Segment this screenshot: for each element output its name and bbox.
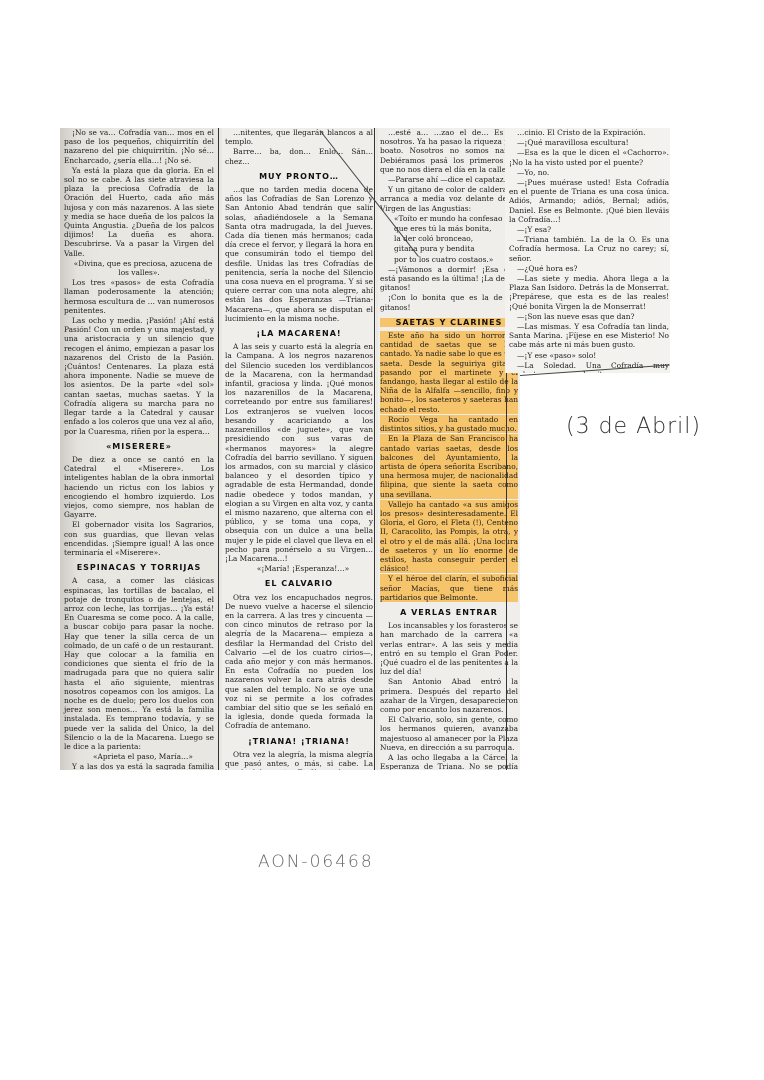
paragraph: …esté a… …zao el de… Es pa nosotros. Ya … — [380, 128, 518, 174]
paragraph: Vallejo ha cantado «a sus amigos los pre… — [380, 500, 518, 574]
handwritten-reference-code: AON-06468 — [258, 852, 374, 872]
paragraph: Otra vez la alegría, la misma alegría qu… — [225, 750, 373, 770]
paragraph: Ya está la plaza que da gloria. En el so… — [64, 166, 214, 258]
newspaper-clipping-continuation: …cinio. El Cristo de la Expiración.—¡Qué… — [505, 128, 670, 373]
paragraph: —¡Son las nueve esas que dan? — [509, 312, 669, 321]
paragraph: El Calvario, solo, sin gente, como los h… — [380, 715, 518, 752]
section-heading: SAETAS Y CLARINES — [380, 318, 518, 327]
paragraph: Y un gitano de color de caldera se arran… — [380, 185, 518, 213]
handwritten-date-note: (3 de Abril) — [566, 414, 701, 439]
paragraph: Y el héroe del clarín, el suboficial señ… — [380, 574, 518, 602]
paragraph: —¡Pues muérase usted! Esta Cofradía en e… — [509, 178, 669, 224]
paragraph: A las seis y cuarto está la alegría en l… — [225, 342, 373, 563]
paragraph: —¿Qué hora es? — [509, 264, 669, 273]
margin-fragment: Barre… ba, don… Enlo… Sán… chez… — [225, 147, 373, 165]
column-4: …cinio. El Cristo de la Expiración.—¡Qué… — [507, 128, 671, 373]
paragraph: —Triana también. La de la O. Es una Cofr… — [509, 235, 669, 263]
section-heading: «MISERERE» — [64, 442, 214, 451]
column-rule — [374, 128, 375, 770]
paragraph: Las ocho y media. ¡Pasión! ¡Ahí está Pas… — [64, 316, 214, 436]
column-2: …nitentes, que llegarán blancos a al tem… — [222, 128, 376, 770]
quote-line: «Divina, que es preciosa, azucena de los… — [64, 259, 214, 277]
column-3: …esté a… …zao el de… Es pa nosotros. Ya … — [378, 128, 520, 770]
column-1: ¡No se va… Cofradía van… mos en el paso … — [60, 128, 214, 770]
verse-line: por to los cuatro costaos.» — [380, 255, 518, 264]
paragraph: En la Plaza de San Francisco ha cantado … — [380, 434, 518, 498]
paragraph: —Pararse ahí —dice el capataz. — [380, 175, 518, 184]
paragraph: —Las siete y media. Ahora llega a la Pla… — [509, 274, 669, 311]
column-rule — [218, 128, 219, 770]
paragraph: —¡Vámonos a dormir! ¡Esa que está pasand… — [380, 265, 518, 293]
section-heading: ¡TRIANA! ¡TRIANA! — [225, 737, 373, 746]
paragraph: —Esa es la que le dicen el «Cachorro». ¡… — [509, 148, 669, 166]
paragraph: —¡Y ese «paso» solo! — [509, 351, 669, 360]
newspaper-clipping: ¡No se va… Cofradía van… mos en el paso … — [60, 128, 518, 770]
paragraph: De diez a once se cantó en la Catedral e… — [64, 455, 214, 519]
paragraph: …cinio. El Cristo de la Expiración. — [509, 128, 669, 137]
section-heading: A VERLAS ENTRAR — [380, 608, 518, 617]
quote-line: «Aprieta el paso, María…» — [64, 752, 214, 761]
paragraph: —Yo, no. — [509, 168, 669, 177]
paragraph: El gobernador visita los Sagrarios, con … — [64, 520, 214, 557]
section-heading: MUY PRONTO… — [225, 172, 373, 181]
quote-line: «¡María! ¡Esperanza!…» — [225, 564, 373, 573]
paragraph: ¡No se va… Cofradía van… mos en el paso … — [64, 128, 214, 165]
paragraph: A las ocho llegaba a la Cárcel la Espera… — [380, 753, 518, 770]
paragraph: San Antonio Abad entró la primera. Despu… — [380, 677, 518, 714]
section-heading: ¡LA MACARENA! — [225, 329, 373, 338]
paragraph: Los incansables y los forasteros se han … — [380, 621, 518, 676]
paragraph: Rocío Vega ha cantado en distintos sitio… — [380, 415, 518, 433]
paragraph: —Las mismas. Y esa Cofradía tan linda, S… — [509, 322, 669, 350]
verse-line: gitana pura y bendita — [380, 244, 518, 253]
paragraph: …que no tarden media docena de años las … — [225, 185, 373, 323]
verse-line: «Toíto er mundo ha confesao — [380, 214, 518, 223]
verse-block: «Toíto er mundo ha confesaoque eres tú l… — [380, 214, 518, 264]
paragraph: Y a las dos ya está la sagrada familia e… — [64, 762, 214, 770]
paragraph: Este año ha sido un horror la cantidad d… — [380, 331, 518, 414]
paragraph: …nitentes, que llegarán blancos a al tem… — [225, 128, 373, 146]
paragraph: Los tres «pasos» de esta Cofradía llaman… — [64, 278, 214, 315]
paragraph: Otra vez los encapuchados negros. De nue… — [225, 593, 373, 731]
paragraph: —¡Y esa? — [509, 225, 669, 234]
verse-line: que eres tú la más bonita, — [380, 224, 518, 233]
paragraph: A casa, a comer las clásicas espinacas, … — [64, 576, 214, 751]
section-heading: EL CALVARIO — [225, 579, 373, 588]
paragraph: —¡Qué maravillosa escultura! — [509, 138, 669, 147]
paragraph: ¡Con lo bonita que es la de los gitanos! — [380, 293, 518, 311]
section-heading: ESPINACAS Y TORRIJAS — [64, 563, 214, 572]
